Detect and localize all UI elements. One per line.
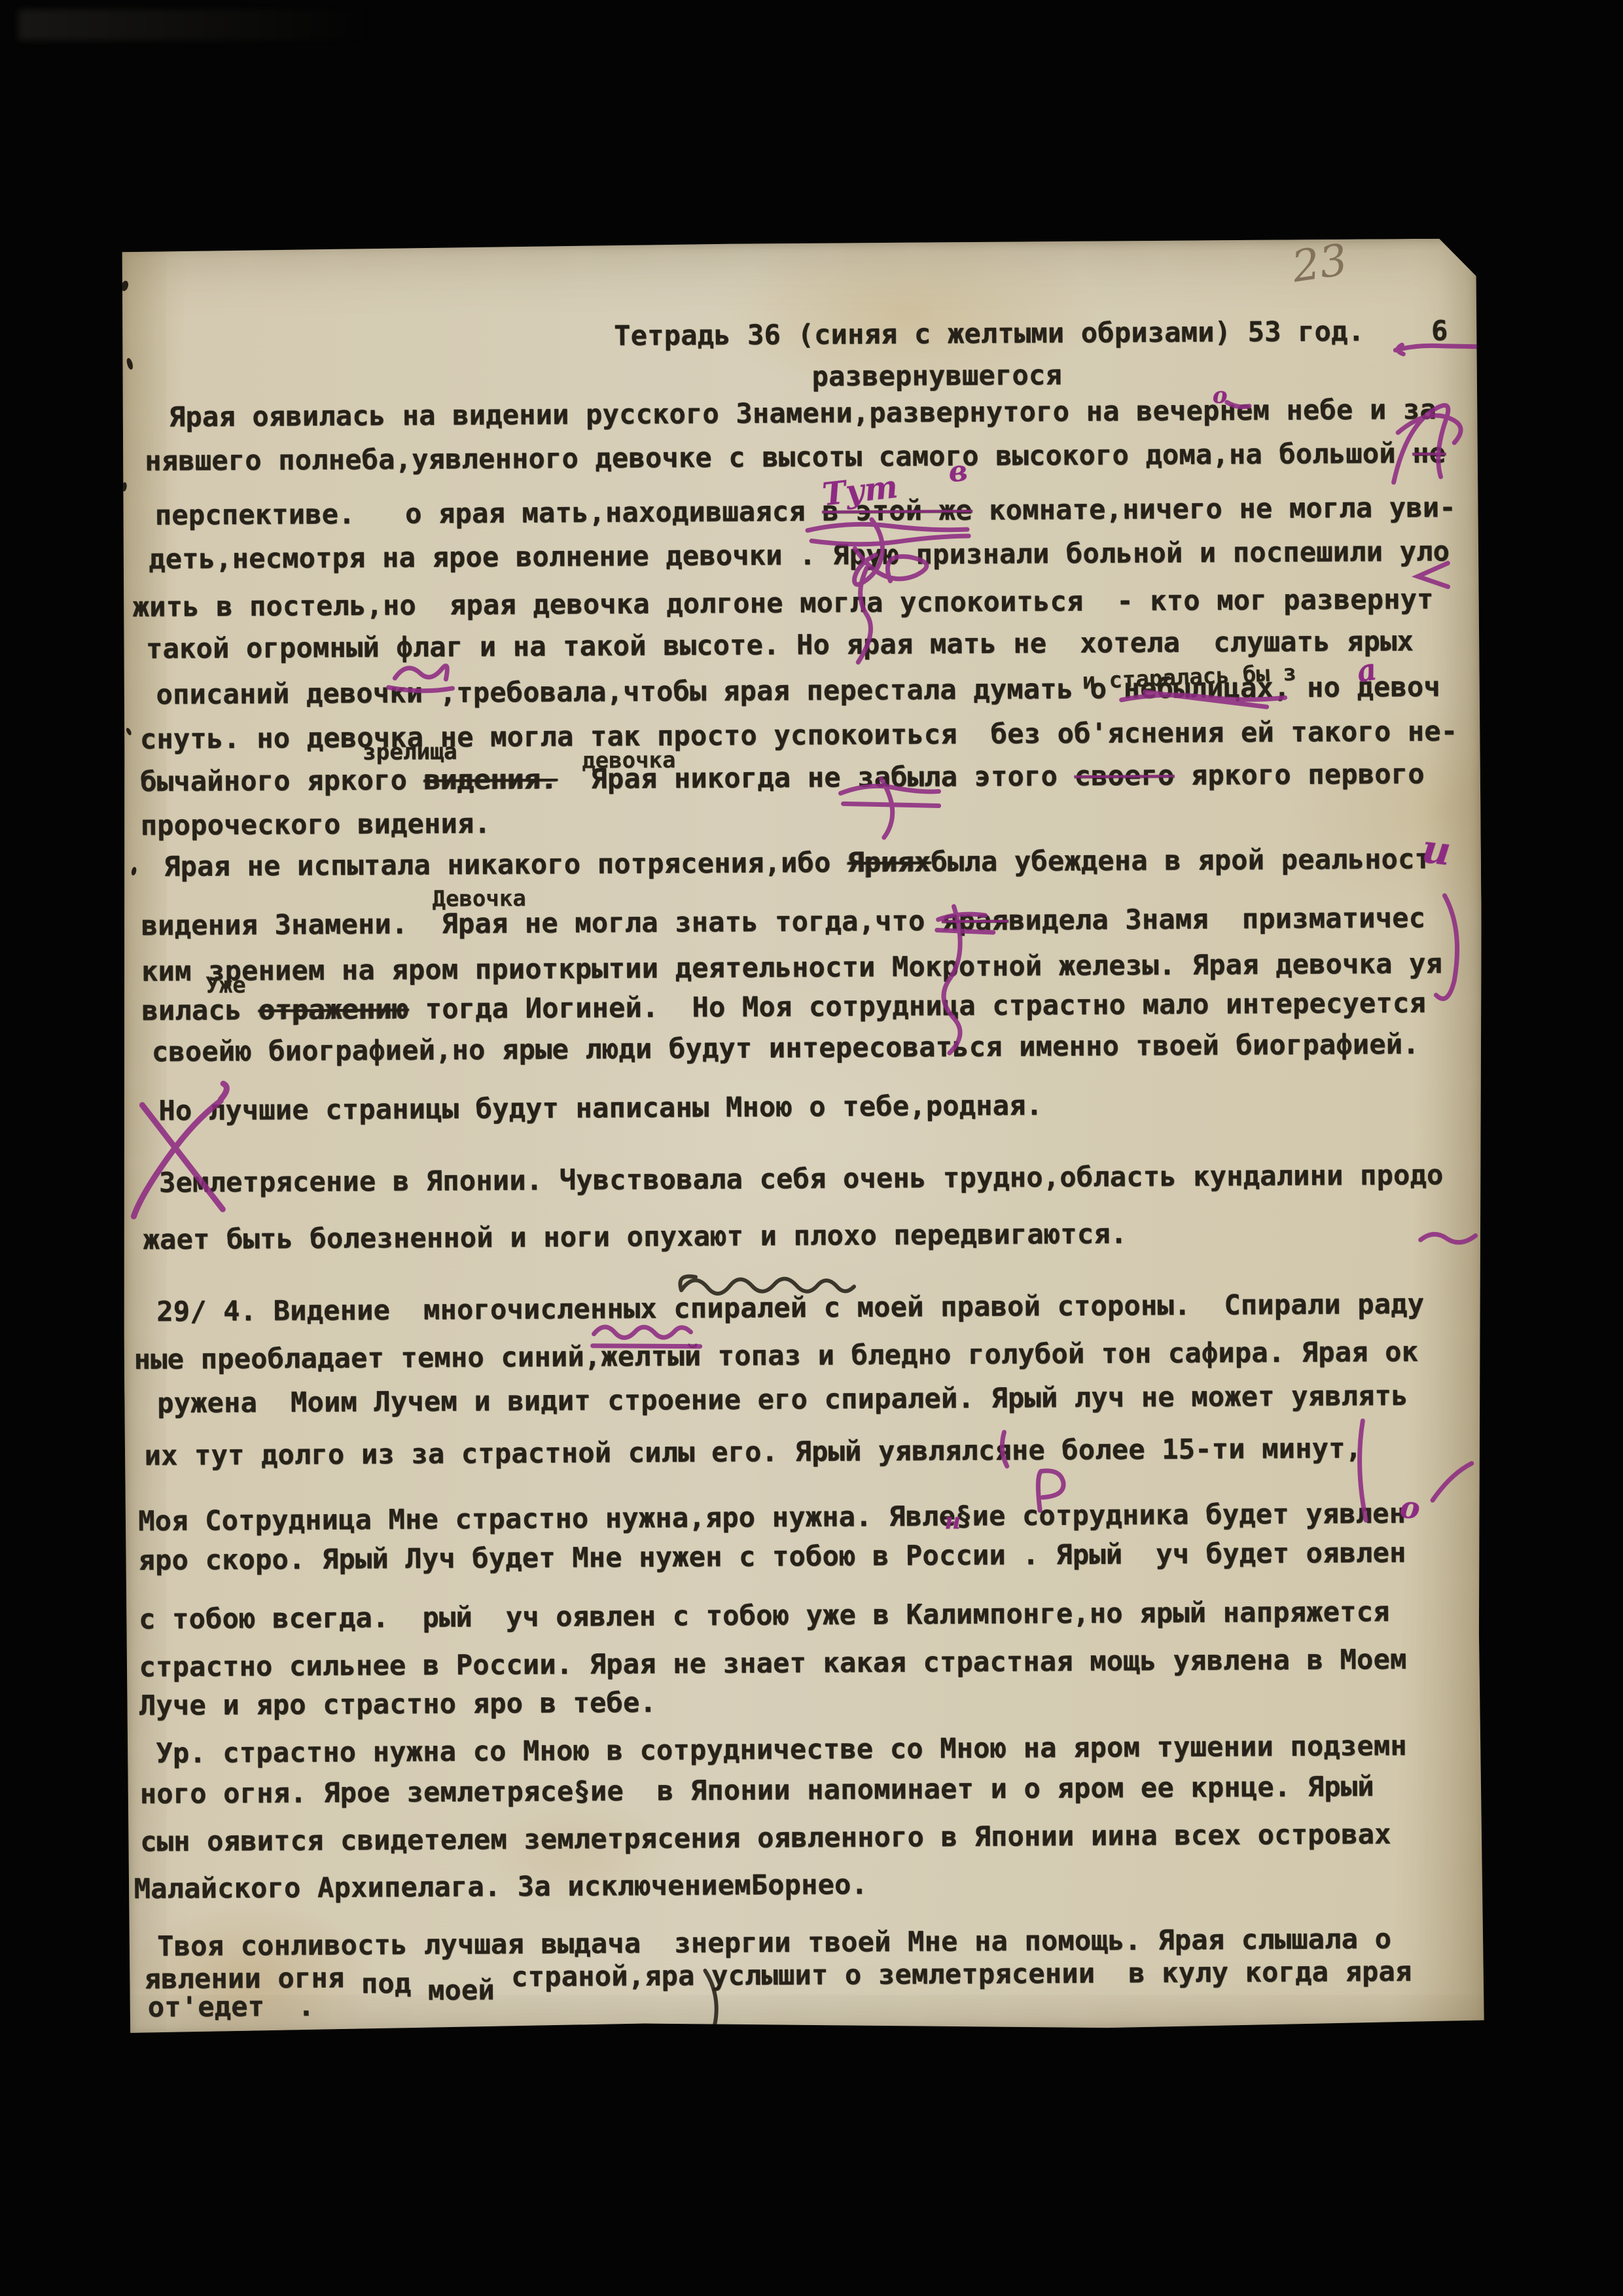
typed-line: жить в постель,но ярая девочка долгоне м…	[133, 584, 1434, 622]
typed-line: зрелища	[363, 740, 457, 764]
handwritten-correction: н	[944, 1508, 961, 1534]
typed-text: вилась	[141, 994, 259, 1027]
scanned-document-canvas: Тетрадь 36 (синяя с желтыми обризами) 53…	[0, 0, 1623, 2296]
typed-line: 29/ 4. Видение многочисленных спиралей с…	[156, 1289, 1424, 1327]
typed-line: видения Знамени. Ярая не могла знать тог…	[141, 903, 1426, 941]
handwritten-correction: в	[948, 454, 969, 489]
typed-text: яркого первого	[1174, 758, 1425, 791]
typed-line: перспективе. о ярая мать,находившаяся в …	[155, 493, 1456, 531]
typed-text: жить в постель,но ярая девочка долгоне м…	[133, 583, 1434, 623]
struck-text: видения.	[423, 763, 557, 796]
typed-line: их тут долго из за страстной силы его. Я…	[144, 1434, 1362, 1471]
typed-line: нявшего полнеба,уявленного девочке с выс…	[145, 438, 1446, 476]
pencil-page-number: 23	[1289, 234, 1350, 292]
typed-line: деть,несмотря на ярое волнение девочки .…	[149, 537, 1450, 574]
typed-text: деть,несмотря на ярое волнение девочки .…	[149, 535, 1450, 575]
handwritten-annotation-layer: 23Тутвоиаони старалась бы здевочкаДевочк…	[117, 238, 1477, 247]
typed-line: Малайского Архипелага. За исключениемБор…	[134, 1869, 868, 1904]
typed-text: видения Знамени. Ярая не могла знать тог…	[141, 904, 942, 941]
typed-text-layer: Тетрадь 36 (синяя с желтыми обризами) 53…	[117, 238, 1477, 247]
struck-text: своего	[1074, 759, 1174, 792]
typed-text: Тетрадь 36 (синяя с желтыми обризами) 53…	[614, 315, 1448, 352]
typed-text: была убеждена в ярой реальност	[931, 843, 1431, 878]
typed-line: от'едет .	[148, 1991, 315, 2022]
handwritten-correction: о	[1399, 1489, 1421, 1526]
typed-insertion: Уже	[205, 974, 246, 997]
manuscript-page: Тетрадь 36 (синяя с желтыми обризами) 53…	[117, 238, 1488, 2036]
paper-speck	[126, 727, 133, 735]
typed-text: ные преобладает темно синий,желтый топаз…	[134, 1335, 1419, 1375]
typed-text: страстно сильнее в России. Ярая не знает…	[139, 1643, 1406, 1683]
handwritten-correction: и	[1419, 826, 1453, 875]
typed-text: Малайского Архипелага. За исключениемБор…	[134, 1868, 868, 1905]
typed-text: тогда Иогиней. Но Моя сотрудница страстн…	[408, 987, 1426, 1025]
typed-line: Но лучшие страницы будут написаны Мною о…	[158, 1090, 1043, 1125]
typed-text: Землетрясение в Японии. Чувствовала себя…	[159, 1159, 1444, 1199]
typed-text: видела Знамя призматичес	[1008, 902, 1425, 936]
typed-insertion: Девочка	[432, 887, 526, 911]
typed-text: комнате,ничего не могла уви-	[972, 491, 1456, 527]
struck-text: под	[361, 1967, 428, 2000]
typed-line: Ярая не испытала никакого потрясения,ибо…	[164, 844, 1431, 882]
typed-line: ные преобладает темно синий,желтый топаз…	[134, 1337, 1419, 1375]
typed-line: явлении огня под моей страной,яра услыши…	[144, 1956, 1412, 1994]
handwritten-correction: о	[1213, 383, 1228, 409]
struck-text: Яриях	[847, 846, 931, 879]
typed-text: от'едет .	[148, 1990, 315, 2023]
typed-text: развернувшегося	[811, 359, 1062, 392]
typed-line: бычайного яркого видения. Ярая никогда н…	[140, 759, 1425, 797]
typed-text: зрелища	[363, 739, 457, 766]
typed-line: развернувшегося	[811, 360, 1062, 391]
typed-line: Тетрадь 36 (синяя с желтыми обризами) 53…	[614, 316, 1448, 351]
typed-text: ного огня. Ярое землетрясе§ие в Японии н…	[140, 1770, 1374, 1810]
typed-line: ким зрением на яром приоткрытии деятельн…	[141, 949, 1442, 987]
typed-text: Но лучшие страницы будут написаны Мною о…	[158, 1089, 1043, 1126]
typed-line: Ярая оявилась на видении русского Знамен…	[169, 395, 1436, 433]
typed-line: яро скоро. Ярый Луч будет Мне нужен с то…	[138, 1538, 1406, 1576]
typed-text: Ярая оявилась на видении русского Знамен…	[169, 393, 1436, 433]
typed-text: Ур. страстно нужна со Мною в сотрудничес…	[156, 1729, 1407, 1769]
typed-text: бычайного яркого	[140, 764, 424, 798]
typed-line: страстно сильнее в России. Ярая не знает…	[139, 1644, 1406, 1682]
typed-text: яро скоро. Ярый Луч будет Мне нужен с то…	[138, 1536, 1406, 1576]
typed-text: ружена Моим Лучем и видит строение его с…	[157, 1379, 1408, 1419]
typed-text: такой огромный флаг и на такой высоте. Н…	[146, 625, 1414, 665]
typed-insertion: девочка	[582, 749, 676, 773]
typed-text: Моя Сотрудница Мне страстно нужна,яро ну…	[138, 1497, 1406, 1537]
typed-text: Ярая не испытала никакого потрясения,ибо	[164, 846, 847, 882]
typed-line: своейю биографией,но ярые люди будут инт…	[152, 1029, 1419, 1067]
typed-line: ружена Моим Лучем и видит строение его с…	[157, 1381, 1408, 1419]
struck-text: не	[1412, 437, 1446, 469]
typed-text: страной,яра услышит о землетрясении в ку…	[495, 1955, 1412, 1993]
typed-line: сын оявится свидетелем землетрясения ояв…	[140, 1819, 1391, 1857]
typed-text: жает быть болезненной и ноги опухают и п…	[143, 1218, 1127, 1256]
typed-line: Землетрясение в Японии. Чувствовала себя…	[159, 1160, 1444, 1198]
typed-text: 29/ 4. Видение многочисленных спиралей с…	[156, 1288, 1424, 1328]
tilde-prodo	[1421, 1234, 1476, 1243]
typed-line: жает быть болезненной и ноги опухают и п…	[143, 1219, 1127, 1255]
diag-stroke-right	[1433, 1463, 1472, 1500]
typed-text: своейю биографией,но ярые люди будут инт…	[152, 1028, 1419, 1068]
struck-text: отражению	[259, 993, 409, 1025]
typed-line: Ур. страстно нужна со Мною в сотрудничес…	[156, 1731, 1407, 1769]
typed-line: пророческого видения.	[141, 809, 491, 841]
paper-speck	[121, 482, 127, 492]
typed-text: с тобою всегда. рый уч оявлен с тобою уж…	[139, 1595, 1390, 1635]
typed-text: их тут долго из за страстной силы его. Я…	[144, 1432, 1362, 1472]
typed-line: снуть. но девочка не могла так просто ус…	[140, 716, 1458, 754]
typed-text: сын оявится свидетелем землетрясения ояв…	[140, 1818, 1391, 1858]
scan-smudge	[18, 9, 372, 41]
typed-text: ким зрением на яром приоткрытии деятельн…	[141, 947, 1442, 987]
typed-line: с тобою всегда. рый уч оявлен с тобою уж…	[139, 1597, 1390, 1634]
typed-line: вилась отражению тогда Иогиней. Но Моя с…	[141, 988, 1426, 1026]
typed-text: пророческого видения.	[141, 807, 491, 841]
typed-line: Моя Сотрудница Мне страстно нужна,яро ну…	[138, 1498, 1406, 1536]
typed-text: перспективе. о ярая мать,находившаяся	[155, 495, 823, 531]
paper-speck	[120, 280, 130, 292]
typed-text: нявшего полнеба,уявленного девочке с выс…	[145, 437, 1412, 477]
typed-text: снуть. но девочка не могла так просто ус…	[140, 715, 1458, 755]
paper-speck	[126, 357, 134, 370]
paper-speck	[131, 866, 137, 875]
struck-text: ярая	[942, 904, 1008, 937]
typed-line: Луче и яро страстно яро в тебе.	[139, 1687, 656, 1721]
typed-line: такой огромный флаг и на такой высоте. Н…	[146, 626, 1414, 664]
typed-line: ного огня. Ярое землетрясе§ие в Японии н…	[140, 1771, 1374, 1809]
struck-text: моей	[428, 1974, 495, 2007]
typed-text: Луче и яро страстно яро в тебе.	[139, 1686, 656, 1722]
